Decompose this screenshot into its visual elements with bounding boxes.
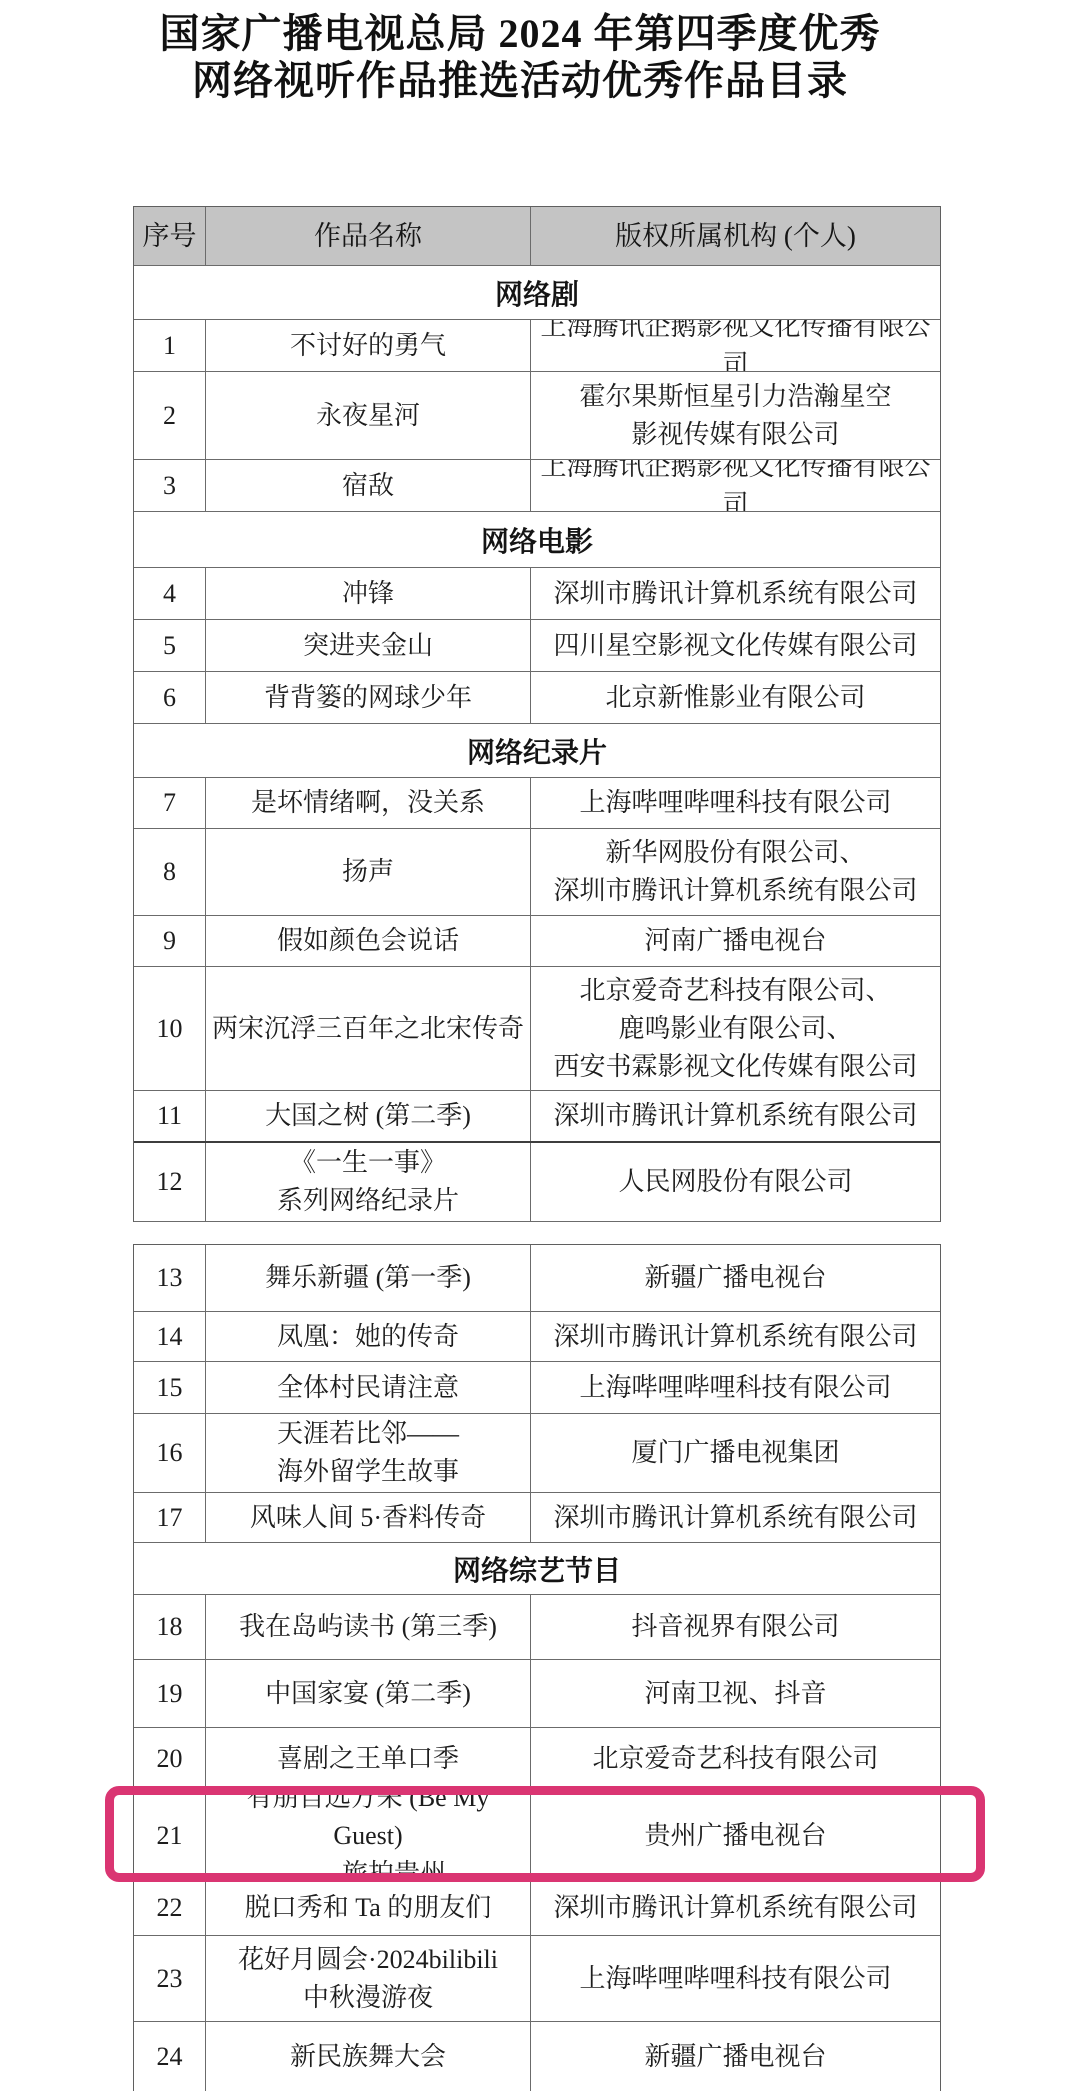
row-index: 8 [134, 829, 206, 915]
row-index: 24 [134, 2022, 206, 2091]
section-label: 网络纪录片 [134, 731, 940, 771]
row-index: 7 [134, 778, 206, 828]
row-index: 4 [134, 568, 206, 619]
section-row: 网络综艺节目 [134, 1543, 940, 1595]
row-index: 22 [134, 1881, 206, 1935]
table-row: 2永夜星河霍尔果斯恒星引力浩瀚星空 影视传媒有限公司 [134, 372, 940, 460]
copyright-org: 人民网股份有限公司 [531, 1143, 940, 1221]
table-row: 6背背篓的网球少年北京新惟影业有限公司 [134, 672, 940, 724]
copyright-org: 深圳市腾讯计算机系统有限公司 [531, 568, 940, 619]
table-row: 11大国之树 (第二季)深圳市腾讯计算机系统有限公司 [134, 1091, 940, 1143]
copyright-org: 北京爱奇艺科技有限公司 [531, 1728, 940, 1790]
table-page-2: 13舞乐新疆 (第一季)新疆广播电视台14凤凰：她的传奇深圳市腾讯计算机系统有限… [133, 1244, 941, 2091]
table-row: 7是坏情绪啊，没关系上海哔哩哔哩科技有限公司 [134, 778, 940, 829]
row-index: 11 [134, 1091, 206, 1141]
copyright-org: 河南广播电视台 [531, 916, 940, 966]
copyright-org: 上海腾讯企鹅影视文化传播有限公司 [531, 460, 940, 511]
copyright-org: 河南卫视、抖音 [531, 1660, 940, 1727]
work-name: 喜剧之王单口季 [206, 1728, 531, 1790]
table-row: 1不讨好的勇气上海腾讯企鹅影视文化传播有限公司 [134, 320, 940, 372]
table-row: 18我在岛屿读书 (第三季)抖音视界有限公司 [134, 1595, 940, 1660]
copyright-org: 上海哔哩哔哩科技有限公司 [531, 778, 940, 828]
work-name: 背背篓的网球少年 [206, 672, 531, 723]
work-name: 两宋沉浮三百年之北宋传奇 [206, 967, 531, 1090]
col-header-copyright-org: 版权所属机构 (个人) [531, 207, 940, 265]
work-name: 假如颜色会说话 [206, 916, 531, 966]
copyright-org: 新华网股份有限公司、 深圳市腾讯计算机系统有限公司 [531, 829, 940, 915]
work-name: 新民族舞大会 [206, 2022, 531, 2091]
row-index: 6 [134, 672, 206, 723]
copyright-org: 新疆广播电视台 [531, 2022, 940, 2091]
work-name: 冲锋 [206, 568, 531, 619]
table-rows-page-1: 网络剧1不讨好的勇气上海腾讯企鹅影视文化传播有限公司2永夜星河霍尔果斯恒星引力浩… [134, 266, 940, 1222]
copyright-org: 新疆广播电视台 [531, 1245, 940, 1311]
copyright-org: 北京新惟影业有限公司 [531, 672, 940, 723]
table-row: 13舞乐新疆 (第一季)新疆广播电视台 [134, 1245, 940, 1312]
work-name: 宿敌 [206, 460, 531, 511]
table-row: 5突进夹金山四川星空影视文化传媒有限公司 [134, 620, 940, 672]
document-page: 国家广播电视总局 2024 年第四季度优秀 网络视听作品推选活动优秀作品目录 序… [0, 0, 1072, 2091]
work-name: 不讨好的勇气 [206, 320, 531, 371]
section-label: 网络综艺节目 [134, 1549, 940, 1589]
document-title: 国家广播电视总局 2024 年第四季度优秀 网络视听作品推选活动优秀作品目录 [0, 10, 1040, 104]
work-name: 我在岛屿读书 (第三季) [206, 1595, 531, 1659]
work-name: 是坏情绪啊，没关系 [206, 778, 531, 828]
row-index: 3 [134, 460, 206, 511]
row-index: 2 [134, 372, 206, 459]
section-row: 网络电影 [134, 512, 940, 568]
table-row: 12《一生一事》 系列网络纪录片人民网股份有限公司 [134, 1143, 940, 1222]
section-label: 网络剧 [134, 273, 940, 313]
table-row: 24新民族舞大会新疆广播电视台 [134, 2022, 940, 2091]
table-row: 8扬声新华网股份有限公司、 深圳市腾讯计算机系统有限公司 [134, 829, 940, 916]
table-header-row: 序号 作品名称 版权所属机构 (个人) [134, 207, 940, 266]
table-row: 21有朋自远方来 (Be My Guest) ——旅拍贵州贵州广播电视台 [134, 1791, 940, 1881]
row-index: 20 [134, 1728, 206, 1790]
table-row: 16天涯若比邻—— 海外留学生故事厦门广播电视集团 [134, 1414, 940, 1493]
section-row: 网络纪录片 [134, 724, 940, 778]
copyright-org: 上海腾讯企鹅影视文化传播有限公司 [531, 320, 940, 371]
work-name: 舞乐新疆 (第一季) [206, 1245, 531, 1311]
table-row: 23花好月圆会·2024bilibili 中秋漫游夜上海哔哩哔哩科技有限公司 [134, 1936, 940, 2022]
work-name: 凤凰：她的传奇 [206, 1312, 531, 1361]
row-index: 14 [134, 1312, 206, 1361]
table-row: 3宿敌上海腾讯企鹅影视文化传播有限公司 [134, 460, 940, 512]
copyright-org: 北京爱奇艺科技有限公司、 鹿鸣影业有限公司、 西安书霖影视文化传媒有限公司 [531, 967, 940, 1090]
table-row: 10两宋沉浮三百年之北宋传奇北京爱奇艺科技有限公司、 鹿鸣影业有限公司、 西安书… [134, 967, 940, 1091]
work-name: 《一生一事》 系列网络纪录片 [206, 1143, 531, 1221]
work-name: 永夜星河 [206, 372, 531, 459]
copyright-org: 深圳市腾讯计算机系统有限公司 [531, 1312, 940, 1361]
row-index: 1 [134, 320, 206, 371]
row-index: 17 [134, 1493, 206, 1542]
section-row: 网络剧 [134, 266, 940, 320]
table-row: 14凤凰：她的传奇深圳市腾讯计算机系统有限公司 [134, 1312, 940, 1362]
table-row: 20喜剧之王单口季北京爱奇艺科技有限公司 [134, 1728, 940, 1791]
section-label: 网络电影 [134, 520, 940, 560]
copyright-org: 抖音视界有限公司 [531, 1595, 940, 1659]
copyright-org: 上海哔哩哔哩科技有限公司 [531, 1936, 940, 2021]
row-index: 13 [134, 1245, 206, 1311]
table-row: 22脱口秀和 Ta 的朋友们深圳市腾讯计算机系统有限公司 [134, 1881, 940, 1936]
work-name: 风味人间 5·香料传奇 [206, 1493, 531, 1542]
copyright-org: 上海哔哩哔哩科技有限公司 [531, 1362, 940, 1413]
document-title-line1: 国家广播电视总局 2024 年第四季度优秀 [0, 10, 1040, 57]
row-index: 18 [134, 1595, 206, 1659]
copyright-org: 贵州广播电视台 [531, 1791, 940, 1880]
row-index: 9 [134, 916, 206, 966]
row-index: 23 [134, 1936, 206, 2021]
row-index: 10 [134, 967, 206, 1090]
row-index: 5 [134, 620, 206, 671]
table-row: 19中国家宴 (第二季)河南卫视、抖音 [134, 1660, 940, 1728]
work-name: 天涯若比邻—— 海外留学生故事 [206, 1414, 531, 1492]
row-index: 21 [134, 1791, 206, 1880]
copyright-org: 四川星空影视文化传媒有限公司 [531, 620, 940, 671]
row-index: 16 [134, 1414, 206, 1492]
document-title-line2: 网络视听作品推选活动优秀作品目录 [0, 57, 1040, 104]
col-header-work-name: 作品名称 [206, 207, 531, 265]
row-index: 15 [134, 1362, 206, 1413]
table-page-1: 序号 作品名称 版权所属机构 (个人) 网络剧1不讨好的勇气上海腾讯企鹅影视文化… [133, 206, 941, 1222]
work-name: 脱口秀和 Ta 的朋友们 [206, 1881, 531, 1935]
work-name: 大国之树 (第二季) [206, 1091, 531, 1141]
table-rows-page-2: 13舞乐新疆 (第一季)新疆广播电视台14凤凰：她的传奇深圳市腾讯计算机系统有限… [134, 1245, 940, 2091]
work-name: 花好月圆会·2024bilibili 中秋漫游夜 [206, 1936, 531, 2021]
copyright-org: 深圳市腾讯计算机系统有限公司 [531, 1493, 940, 1542]
copyright-org: 深圳市腾讯计算机系统有限公司 [531, 1881, 940, 1935]
table-row: 4冲锋深圳市腾讯计算机系统有限公司 [134, 568, 940, 620]
table-row: 9假如颜色会说话河南广播电视台 [134, 916, 940, 967]
work-name: 中国家宴 (第二季) [206, 1660, 531, 1727]
work-name: 全体村民请注意 [206, 1362, 531, 1413]
copyright-org: 深圳市腾讯计算机系统有限公司 [531, 1091, 940, 1141]
copyright-org: 厦门广播电视集团 [531, 1414, 940, 1492]
copyright-org: 霍尔果斯恒星引力浩瀚星空 影视传媒有限公司 [531, 372, 940, 459]
row-index: 12 [134, 1143, 206, 1221]
row-index: 19 [134, 1660, 206, 1727]
table-row: 15全体村民请注意上海哔哩哔哩科技有限公司 [134, 1362, 940, 1414]
work-name: 有朋自远方来 (Be My Guest) ——旅拍贵州 [206, 1791, 531, 1880]
col-header-index: 序号 [134, 207, 206, 265]
work-name: 扬声 [206, 829, 531, 915]
work-name: 突进夹金山 [206, 620, 531, 671]
table-row: 17风味人间 5·香料传奇深圳市腾讯计算机系统有限公司 [134, 1493, 940, 1543]
